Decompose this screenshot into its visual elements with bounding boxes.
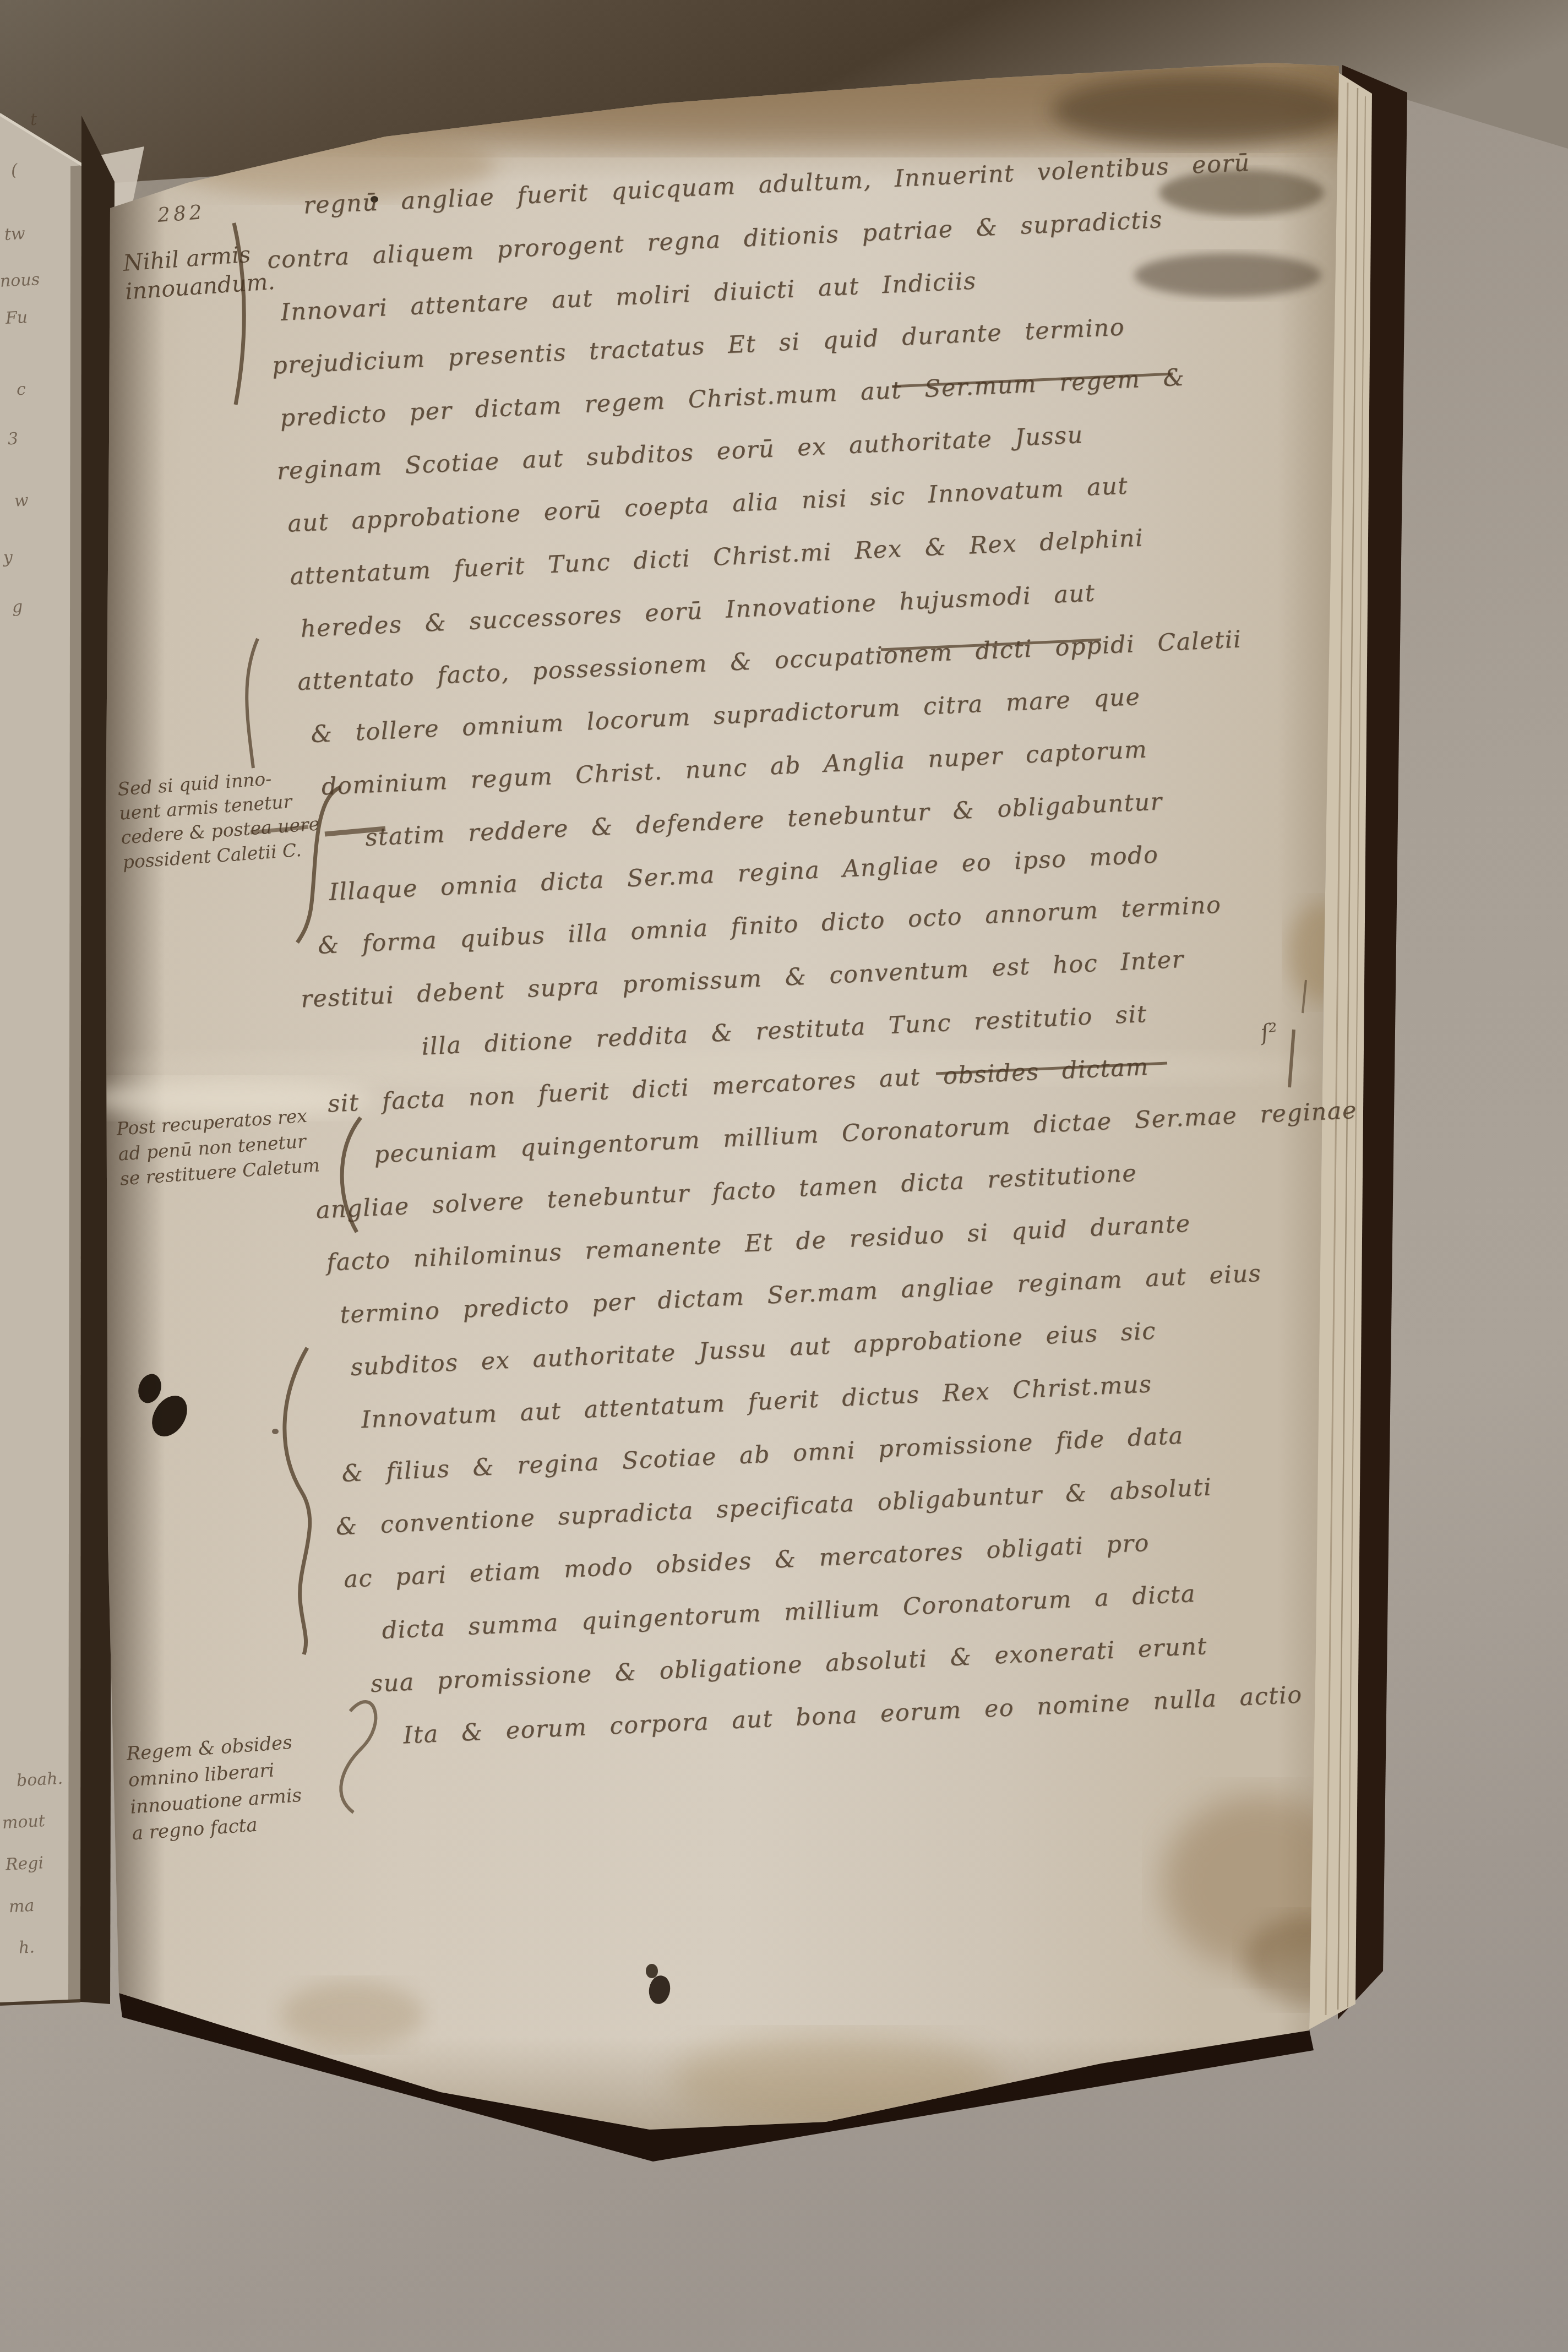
ink-blot (646, 1964, 658, 1978)
text-fragment: y (3, 548, 13, 568)
stain (1162, 1795, 1360, 1971)
stain (165, 61, 1542, 149)
manuscript-photo: { "document": { "page_number": "282", "m… (0, 0, 1568, 2352)
margin-note: Post recuperatos rexad penū non teneturs… (116, 1103, 320, 1192)
text-fragment: boah. (16, 1769, 63, 1790)
manuscript-body: regnū angliae fuerit quicquam adultum, I… (264, 144, 1425, 1778)
ink-blot (647, 1974, 672, 2006)
text-fragment: Fu (5, 308, 28, 328)
facing-page-text-fragments: t(twnousFuc3wygboah.moutRegimah. (0, 0, 83, 2352)
text-fragment: nous (0, 270, 40, 291)
folded-corner (83, 146, 144, 219)
stain (672, 2034, 1002, 2128)
margin-mark: ſ² (1259, 1019, 1280, 1046)
text-fragment: mout (2, 1811, 46, 1833)
text-fragment: tw (4, 224, 26, 244)
margin-brace (247, 639, 258, 768)
margin-brace (285, 1348, 310, 1654)
stain (281, 1982, 424, 2048)
text-fragment: ma (8, 1896, 35, 1917)
book-gutter (80, 116, 115, 2004)
book-cover-bottom (119, 1992, 1314, 2162)
ink-blot (145, 1389, 194, 1443)
text-fragment: c (16, 380, 26, 400)
stain (1244, 1916, 1365, 2004)
margin-note: Nihil armisinnouandum. (122, 238, 276, 307)
text-fragment: ( (10, 161, 18, 181)
text-fragment: t (30, 110, 37, 130)
page-number: 282 (157, 201, 206, 227)
stain (1052, 74, 1349, 146)
text-fragment: g (12, 597, 23, 617)
page-bottom-shading (83, 2010, 1365, 2153)
ink-speck (272, 1429, 279, 1434)
margin-note: Regem & obsidesomnino liberariinnouation… (126, 1729, 304, 1847)
text-fragment: 3 (7, 429, 19, 449)
ink-blot (135, 1371, 165, 1406)
text-fragment: h. (18, 1937, 35, 1957)
text-fragment: w (14, 491, 29, 510)
text-fragment: Regi (5, 1853, 44, 1875)
